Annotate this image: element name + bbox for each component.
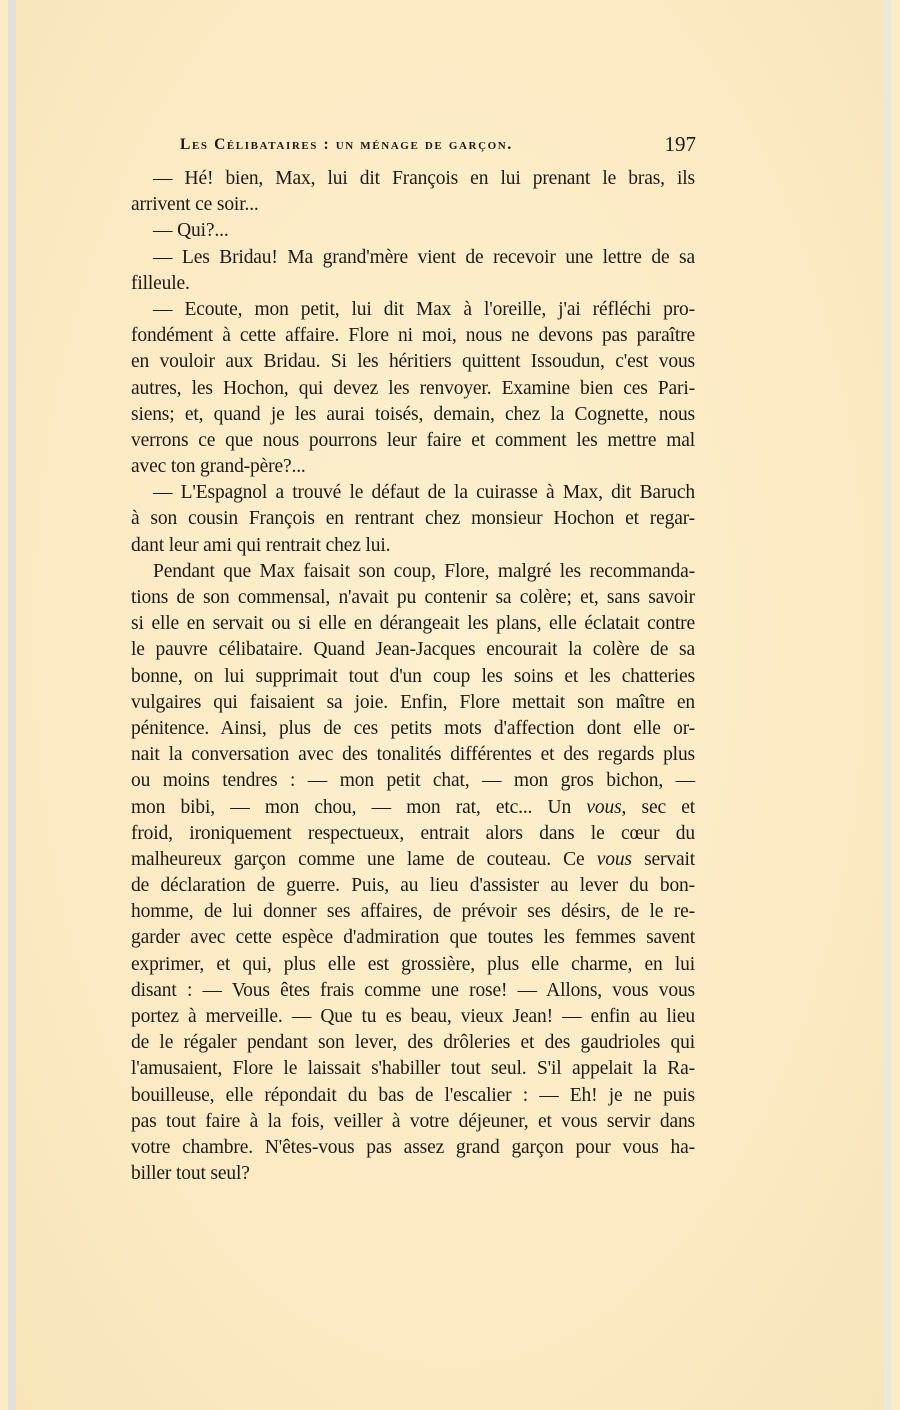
text-line: nait la conversation avec des tonalités … [131, 742, 695, 768]
text-line: de déclaration de guerre. Puis, au lieu … [131, 873, 695, 899]
text-line: bouilleuse, elle répondait du bas de l'e… [131, 1083, 695, 1109]
text-line: de le régaler pendant son lever, des drô… [131, 1030, 695, 1056]
italic-emphasis: vous [586, 797, 621, 818]
text-line: bonne, on lui supprimait tout d'un coup … [131, 664, 695, 690]
page-number: 197 [665, 132, 697, 157]
running-title: Les Célibataires : un ménage de garçon. [180, 136, 513, 154]
text-line: Pendant que Max faisait son coup, Flore,… [131, 559, 695, 585]
text-line: mon bibi, — mon chou, — mon rat, etc... … [131, 795, 695, 821]
text-line: filleule. [131, 271, 695, 297]
text-line: — Qui?... [131, 218, 695, 244]
scan-edge-right [884, 0, 892, 1410]
text-line: pas tout faire à la fois, veiller à votr… [131, 1109, 695, 1135]
text-line: si elle en servait ou si elle en dérange… [131, 611, 695, 637]
text-line: ou moins tendres : — mon petit chat, — m… [131, 768, 695, 794]
text-line: portez à merveille. — Que tu es beau, vi… [131, 1004, 695, 1030]
text-line: verrons ce que nous pourrons leur faire … [131, 428, 695, 454]
text-line: arrivent ce soir... [131, 192, 695, 218]
text-line: biller tout seul? [131, 1161, 695, 1187]
text-line: garder avec cette espèce d'admiration qu… [131, 925, 695, 951]
text-line: malheureux garçon comme une lame de cout… [131, 847, 695, 873]
text-line: — Hé! bien, Max, lui dit François en lui… [131, 166, 695, 192]
text-line: — Les Bridau! Ma grand'mère vient de rec… [131, 245, 695, 271]
text-line: fondément à cette affaire. Flore ni moi,… [131, 323, 695, 349]
text-line: exprimer, et qui, plus elle est grossièr… [131, 952, 695, 978]
text-line: avec ton grand-père?... [131, 454, 695, 480]
scan-edge-left [8, 0, 16, 1410]
text-line: — L'Espagnol a trouvé le défaut de la cu… [131, 480, 695, 506]
text-line: homme, de lui donner ses affaires, de pr… [131, 899, 695, 925]
page-header: Les Célibataires : un ménage de garçon. … [180, 132, 696, 158]
text-line: à son cousin François en rentrant chez m… [131, 506, 695, 532]
text-line: disant : — Vous êtes frais comme une ros… [131, 978, 695, 1004]
text-line: dant leur ami qui rentrait chez lui. [131, 533, 695, 559]
italic-emphasis: vous [597, 849, 632, 870]
text-line: siens; et, quand je les aurai toisés, de… [131, 402, 695, 428]
text-line: vulgaires qui faisaient sa joie. Enfin, … [131, 690, 695, 716]
text-line: autres, les Hochon, qui devez les renvoy… [131, 376, 695, 402]
text-line: pénitence. Ainsi, plus de ces petits mot… [131, 716, 695, 742]
text-line: le pauvre célibataire. Quand Jean-Jacque… [131, 637, 695, 663]
text-line: votre chambre. N'êtes-vous pas assez gra… [131, 1135, 695, 1161]
body-text: — Hé! bien, Max, lui dit François en lui… [131, 166, 695, 1187]
text-line: — Ecoute, mon petit, lui dit Max à l'ore… [131, 297, 695, 323]
text-line: froid, ironiquement respectueux, entrait… [131, 821, 695, 847]
text-line: tions de son commensal, n'avait pu conte… [131, 585, 695, 611]
text-line: en vouloir aux Bridau. Si les héritiers … [131, 349, 695, 375]
book-page: Les Célibataires : un ménage de garçon. … [8, 0, 892, 1410]
text-line: l'amusaient, Flore le laissait s'habille… [131, 1056, 695, 1082]
